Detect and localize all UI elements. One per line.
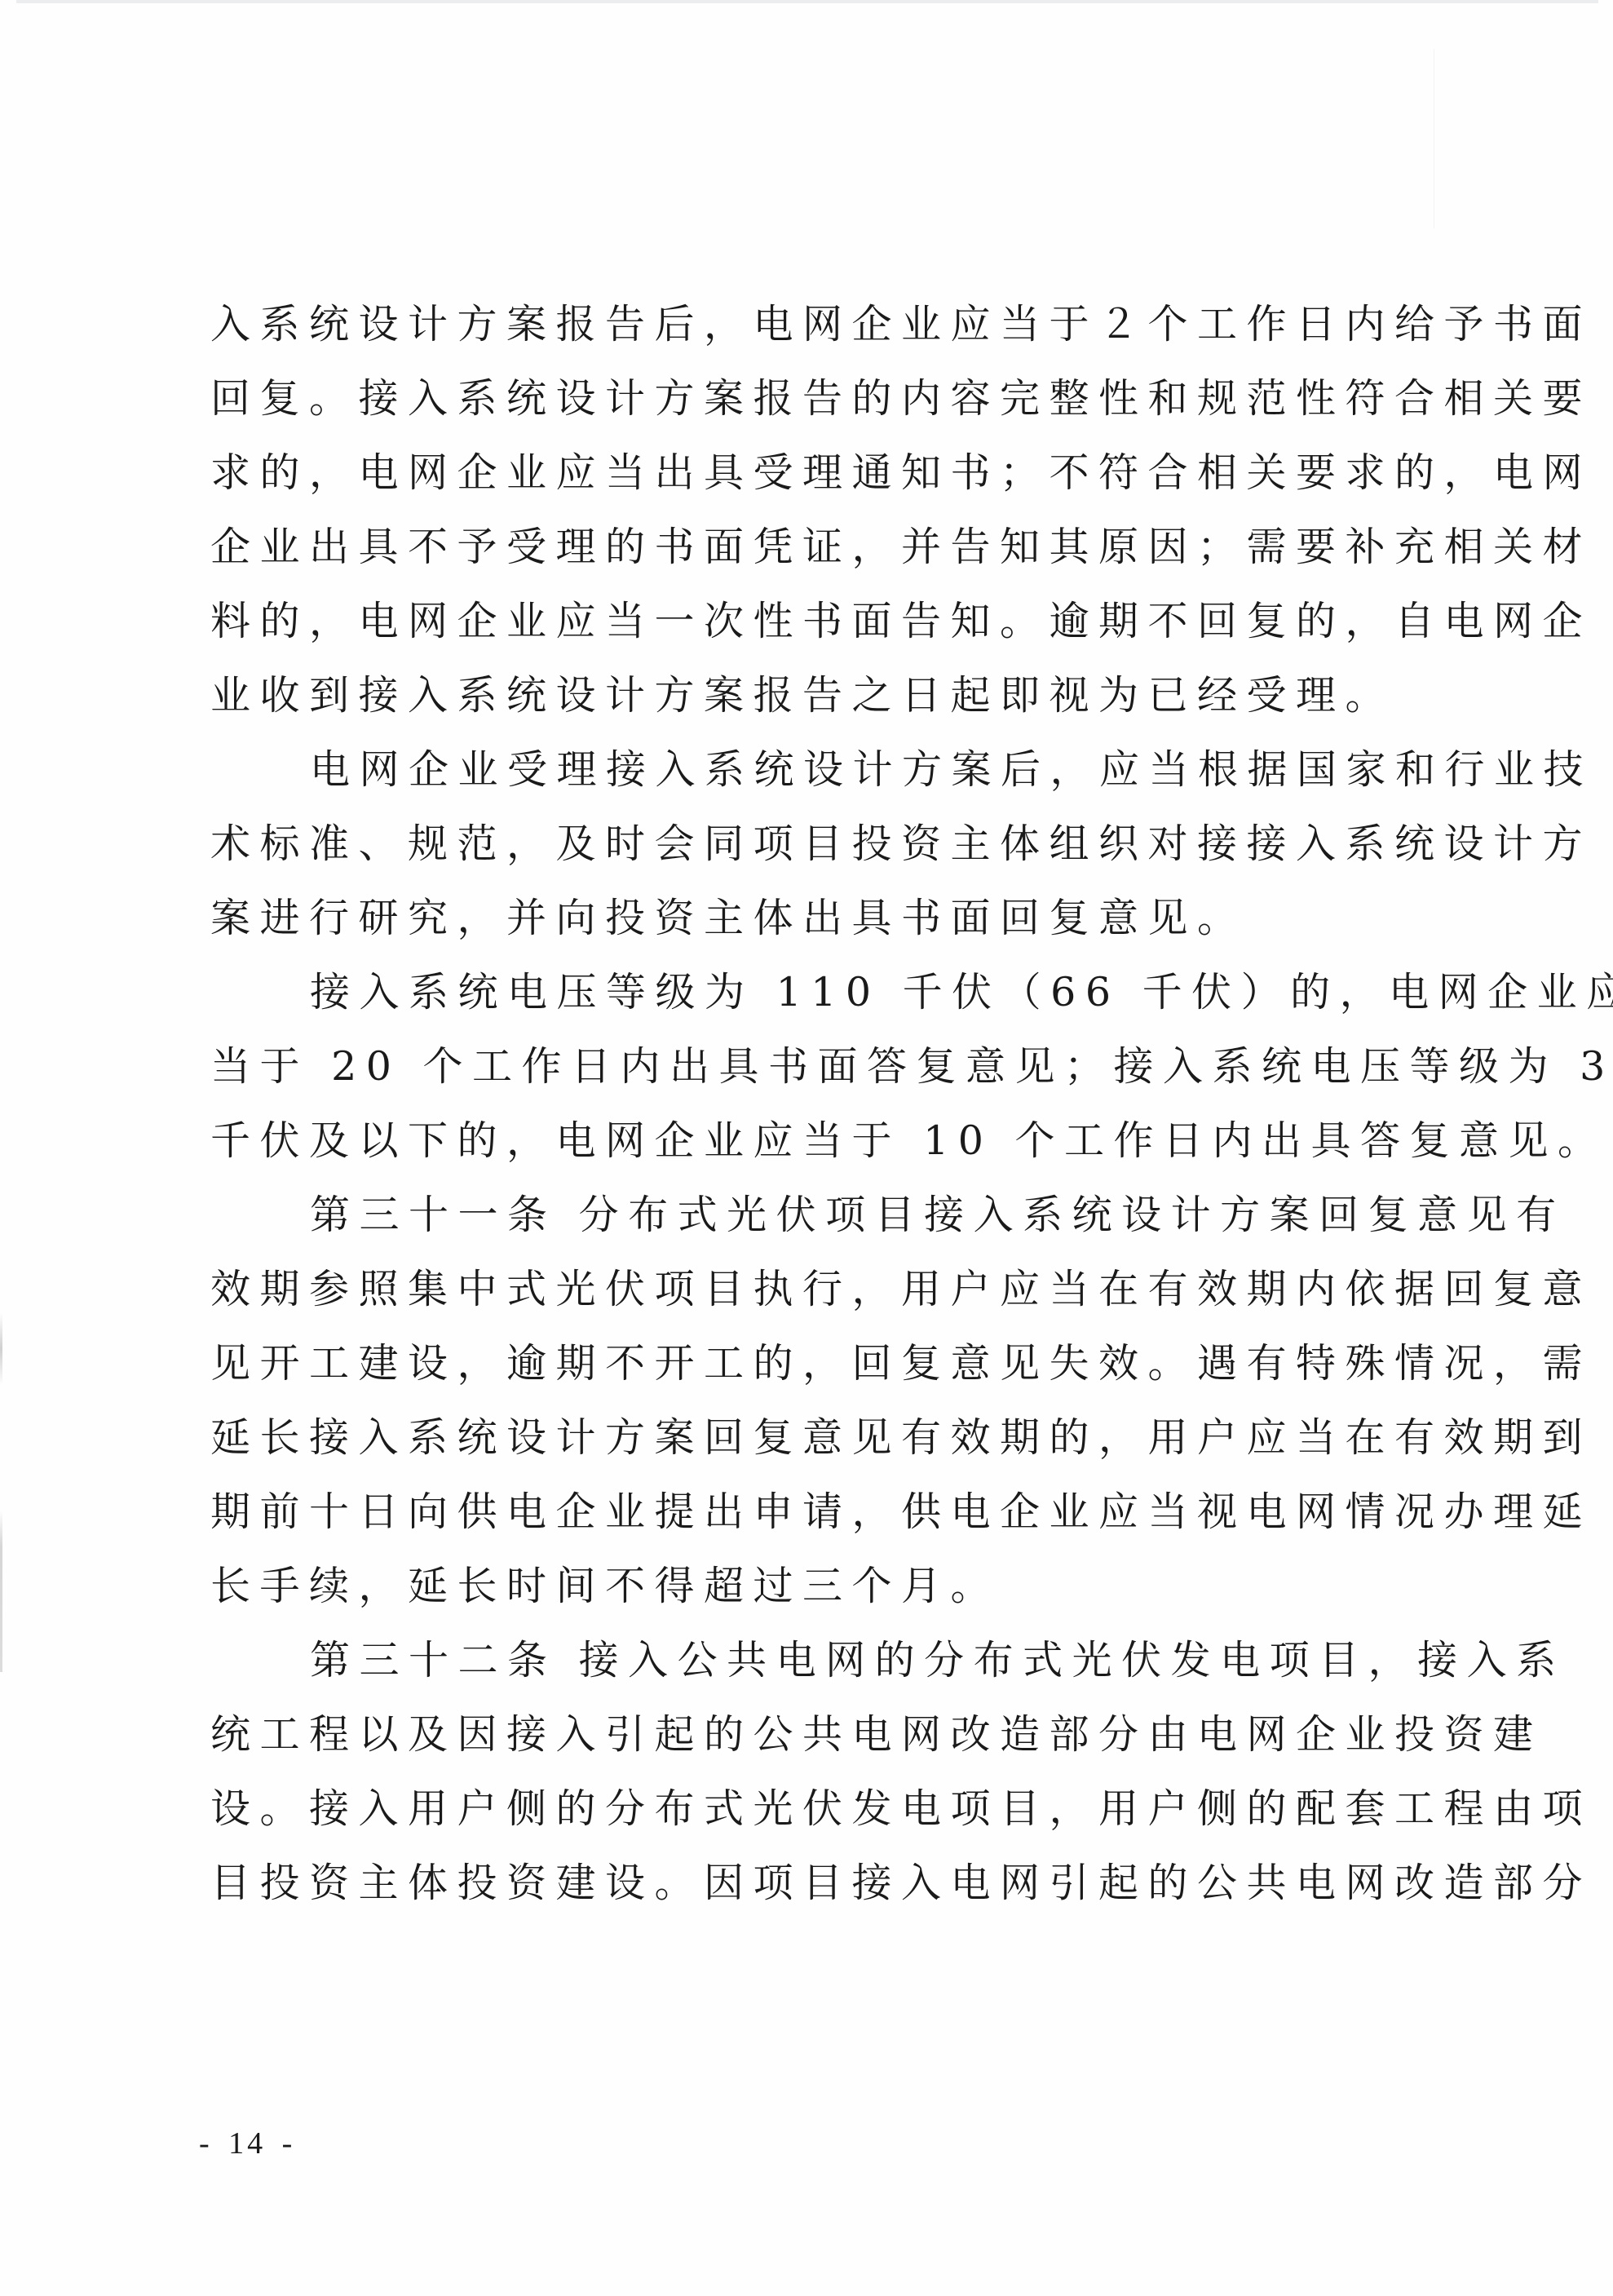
text-line: 目投资主体投资建设。因项目接入电网引起的公共电网改造部分 <box>210 1846 1403 1920</box>
paragraph: 接入系统电压等级为 110 千伏（66 千伏）的，电网企业应 当于 20 个工作… <box>210 955 1403 1178</box>
text-line: 料的，电网企业应当一次性书面告知。逾期不回复的，自电网企 <box>210 584 1403 658</box>
text-line: 第三十一条 分布式光伏项目接入系统设计方案回复意见有 <box>210 1178 1403 1252</box>
text-line: 术标准、规范，及时会同项目投资主体组织对接接入系统设计方 <box>210 807 1403 881</box>
text-line: 回复。接入系统设计方案报告的内容完整性和规范性符合相关要 <box>210 361 1403 436</box>
text-line: 统工程以及因接入引起的公共电网改造部分由电网企业投资建 <box>210 1697 1403 1772</box>
text-line: 接入系统电压等级为 110 千伏（66 千伏）的，电网企业应 <box>210 955 1403 1029</box>
page-number: - 14 - <box>199 2126 295 2161</box>
document-body: 入系统设计方案报告后，电网企业应当于２个工作日内给予书面 回复。接入系统设计方案… <box>210 287 1403 1920</box>
text-line: 电网企业受理接入系统设计方案后，应当根据国家和行业技 <box>210 732 1403 807</box>
paragraph: 电网企业受理接入系统设计方案后，应当根据国家和行业技 术标准、规范，及时会同项目… <box>210 732 1403 955</box>
text-line: 期前十日向供电企业提出申请，供电企业应当视电网情况办理延 <box>210 1475 1403 1549</box>
article-32: 第三十二条 接入公共电网的分布式光伏发电项目，接入系 统工程以及因接入引起的公共… <box>210 1623 1403 1920</box>
document-page: 入系统设计方案报告后，电网企业应当于２个工作日内给予书面 回复。接入系统设计方案… <box>0 0 1613 2296</box>
scan-artifact-right <box>1434 49 1434 228</box>
text-line: 求的，电网企业应当出具受理通知书；不符合相关要求的，电网 <box>210 436 1403 510</box>
text-line: 案进行研究，并向投资主体出具书面回复意见。 <box>210 881 1403 955</box>
article-31: 第三十一条 分布式光伏项目接入系统设计方案回复意见有 效期参照集中式光伏项目执行… <box>210 1178 1403 1623</box>
text-line: 业收到接入系统设计方案报告之日起即视为已经受理。 <box>210 658 1403 732</box>
text-line: 第三十二条 接入公共电网的分布式光伏发电项目，接入系 <box>210 1623 1403 1697</box>
text-line: 长手续，延长时间不得超过三个月。 <box>210 1549 1403 1623</box>
text-line: 千伏及以下的，电网企业应当于 10 个工作日内出具答复意见。 <box>210 1104 1403 1178</box>
scan-artifact-top <box>16 0 1598 3</box>
text-line: 设。接入用户侧的分布式光伏发电项目，用户侧的配套工程由项 <box>210 1772 1403 1846</box>
text-line: 效期参照集中式光伏项目执行，用户应当在有效期内依据回复意 <box>210 1252 1403 1326</box>
text-line: 延长接入系统设计方案回复意见有效期的，用户应当在有效期到 <box>210 1400 1403 1475</box>
scan-artifact-left <box>0 1313 2 1672</box>
text-line: 入系统设计方案报告后，电网企业应当于２个工作日内给予书面 <box>210 287 1403 361</box>
text-line: 当于 20 个工作日内出具书面答复意见；接入系统电压等级为 35 <box>210 1029 1403 1104</box>
paragraph: 入系统设计方案报告后，电网企业应当于２个工作日内给予书面 回复。接入系统设计方案… <box>210 287 1403 732</box>
text-line: 企业出具不予受理的书面凭证，并告知其原因；需要补充相关材 <box>210 510 1403 584</box>
text-line: 见开工建设，逾期不开工的，回复意见失效。遇有特殊情况，需 <box>210 1326 1403 1400</box>
